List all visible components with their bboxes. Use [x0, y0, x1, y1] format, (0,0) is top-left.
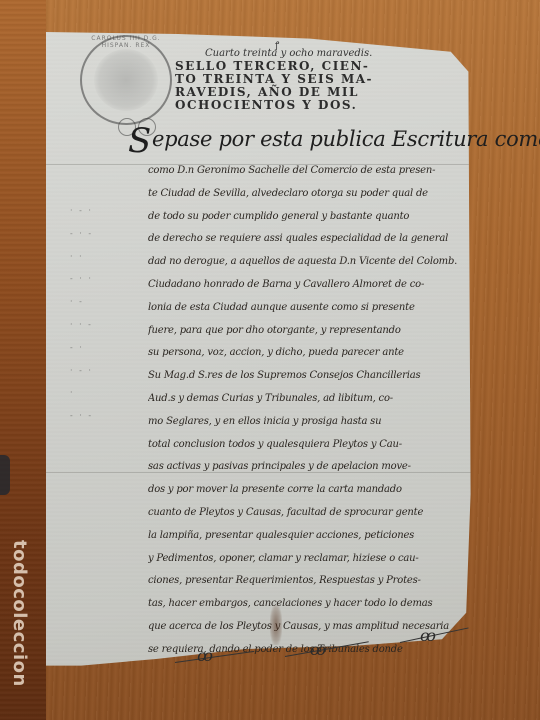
handwritten-line: cuanto de Pleytos y Causas, facultad de … — [148, 502, 478, 525]
handwritten-line: Ciudadano honrado de Barna y Cavallero A… — [148, 274, 478, 297]
handwritten-line: tas, hacer embargos, cancelaciones y hac… — [148, 593, 478, 616]
handwritten-line: la lampiña, presentar qualesquier accion… — [148, 525, 478, 548]
seal-coat-of-arms-icon — [94, 49, 158, 111]
handwritten-line: total conclusion todos y qualesquiera Pl… — [148, 434, 478, 457]
dark-object-edge — [0, 455, 10, 495]
stamp-line: OCHOCIENTOS Y DOS. — [175, 99, 465, 112]
flourish-icon: ꝏ — [420, 626, 436, 645]
handwritten-line: Aud.s y demas Curias y Tribunales, ad li… — [148, 388, 478, 411]
handwritten-line: sas activas y pasivas principales y de a… — [148, 456, 478, 479]
sello-tercero-stamp: SELLO TERCERO, CIEN- TO TREINTA Y SEIS M… — [175, 60, 465, 112]
closing-flourishes: ꝏ ꝏ ꝏ — [175, 640, 475, 680]
handwritten-line: dad no derogue, a aquellos de aquesta D.… — [148, 251, 478, 274]
handwritten-line: de derecho se requiere assi quales espec… — [148, 228, 478, 251]
incipit-text: epase por esta publica Escritura como — [152, 127, 540, 151]
handwritten-line: lonia de esta Ciudad aunque ausente como… — [148, 297, 478, 320]
handwritten-body: como D.n Geronimo Sachelle del Comercio … — [148, 160, 478, 662]
stamp-price-line: Cuarto treinta y ocho maravedis. — [205, 48, 372, 59]
handwritten-line: Su Mag.d S.res de los Supremos Consejos … — [148, 365, 478, 388]
todocoleccion-watermark: todocoleccion — [8, 540, 30, 710]
seal-ring-text: CAROLUS IIII D.G. HISPAN. REX — [82, 35, 170, 49]
decorated-initial: S — [128, 121, 151, 161]
handwritten-line: como D.n Geronimo Sachelle del Comercio … — [148, 160, 478, 183]
royal-seal-stamp: CAROLUS IIII D.G. HISPAN. REX — [80, 35, 172, 125]
flourish-icon: ꝏ — [310, 640, 326, 659]
handwritten-line: su persona, voz, accion, y dicho, pueda … — [148, 342, 478, 365]
handwritten-line: y Pedimentos, oponer, clamar y reclamar,… — [148, 548, 478, 571]
handwritten-line: mo Seglares, y en ellos inicia y prosiga… — [148, 411, 478, 434]
flourish-icon: ꝏ — [197, 646, 213, 665]
handwritten-line: de todo su poder cumplido general y bast… — [148, 206, 478, 229]
handwritten-line: fuere, para que por dho otorgante, y rep… — [148, 320, 478, 343]
handwritten-line: dos y por mover la presente corre la car… — [148, 479, 478, 502]
left-margin-bleed-through: · - · - · - · · - · · · - · · - - · · - … — [70, 200, 120, 428]
handwritten-line: te Ciudad de Sevilla, alvedeclaro otorga… — [148, 183, 478, 206]
handwritten-line: ciones, presentar Requerimientos, Respue… — [148, 570, 478, 593]
document-incipit: Sepase por esta publica Escritura como — [128, 115, 478, 155]
ink-stain — [270, 605, 282, 645]
